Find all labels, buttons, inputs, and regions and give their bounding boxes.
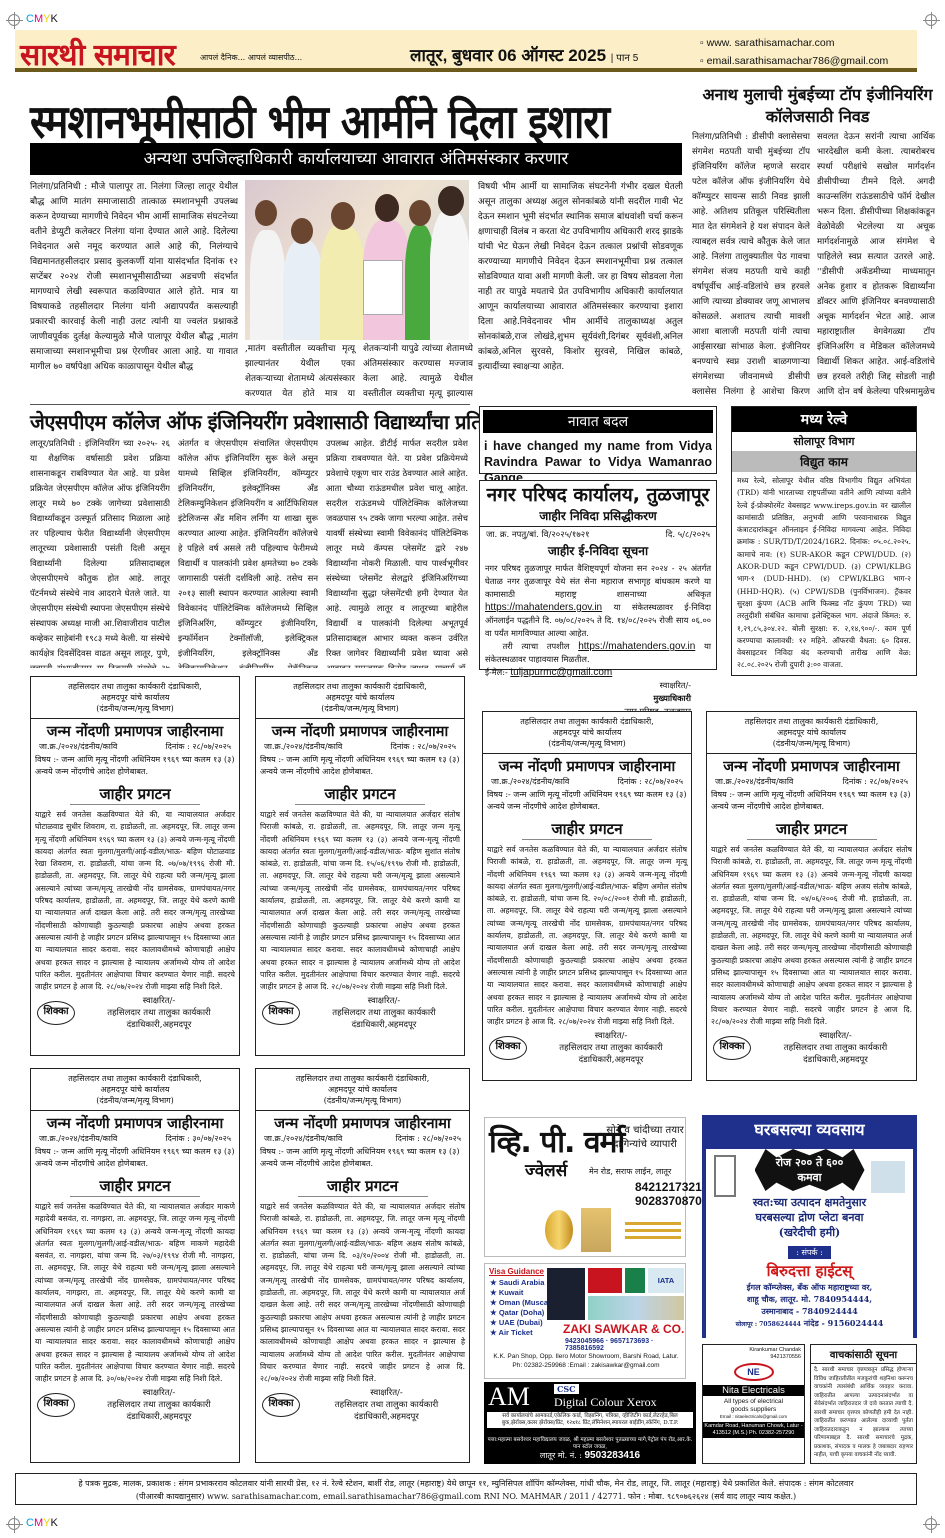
dateline: लातूर, बुधवार 06 ऑगस्ट 2025 | पान 5	[410, 43, 638, 66]
railway-tender: मध्य रेल्वे सोलापूर विभाग विद्युत काम मध…	[731, 406, 917, 676]
second-headline: जेएसपीएम कॉलेज ऑफ इंजिनियरींग प्रवेशासाठ…	[30, 408, 510, 435]
birth-notice: तहसिलदार तथा तालुका कार्यकारी दंडाधिकारी…	[255, 1068, 470, 1463]
seal-stamp: शिक्का	[262, 1393, 300, 1417]
seal-stamp: शिक्का	[37, 1001, 75, 1025]
lead-column-4: विषयी भीम आर्मी या सामाजिक संघटनेनी गंभी…	[478, 180, 683, 402]
publisher-imprint: हे पत्रक मुद्रक, मालक, प्रकाशक : संगम प्…	[15, 1473, 917, 1505]
birth-notice: तहसिलदार तथा तालुका कार्यकारी दंडाधिकारी…	[255, 676, 465, 1056]
birth-notice: तहसिलदार तथा तालुका कार्यकारी दंडाधिकारी…	[30, 676, 240, 1056]
lead-column-1: निलंगा/प्रतिनिधी : मौजे पालापूर ता. निलं…	[30, 180, 238, 400]
birth-notice: तहसिलदार तथा तालुका कार्यकारी दंडाधिकारी…	[706, 711, 917, 1081]
side-column-2: सवलत देऊन सरांनी त्याचा आर्थिक भारदेखील …	[817, 130, 935, 400]
registration-mark-icon	[8, 14, 20, 26]
iata-logo: IATA	[648, 1268, 684, 1293]
tender-email-link[interactable]: tuljapurmc@gmail.com	[510, 667, 612, 678]
bangles-image	[545, 1210, 573, 1250]
passport-image	[547, 1268, 585, 1320]
ad-vp-verma-jewellers[interactable]: व्हि. पी. वर्मा ज्वेलर्स सोने व चांदीच्य…	[484, 1117, 686, 1257]
side-column-1: निलंगा/प्रतिनिधी : डीसीपी क्लासेसचा संगम…	[692, 130, 810, 400]
birth-notice: तहसिलदार तथा तालुका कार्यकारी दंडाधिकारी…	[482, 711, 692, 1081]
hajj-image	[588, 1268, 622, 1293]
seal-stamp: शिक्का	[713, 1036, 751, 1060]
ad-am-digital-xerox[interactable]: AM CSC Digital Colour Xerox सर्व कार्याल…	[484, 1382, 696, 1464]
news-photo	[245, 180, 469, 340]
reader-notice: वाचकांसाठी सूचना दै. सारथी समाचार वृत्तप…	[810, 1344, 917, 1464]
tender-link[interactable]: https://mahatenders.gov.in	[578, 641, 695, 652]
notice-title: नावात बदल	[483, 410, 713, 433]
seal-stamp: शिक्का	[37, 1393, 75, 1417]
lead-column-2-3: ,मातंग वस्तीतील व्यक्तीचा मृत्यू झाल्यान…	[245, 342, 473, 402]
newspaper-brand: सारथी समाचार	[20, 33, 175, 74]
machine-image	[714, 1155, 736, 1197]
email-link[interactable]: email.sarathisamachar786@gmail.com	[707, 55, 889, 67]
masthead-contact: ▫ www. sarathisamachar.com ▫ email.sarat…	[700, 34, 888, 70]
side-headline: अनाथ मुलाची मुंबईच्या टॉप इंजीनियरिंग कॉ…	[700, 84, 935, 128]
lead-headline: स्मशानभूमीसाठी भीम आर्मीने दिला इशारा	[30, 88, 609, 151]
nita-logo: NE	[734, 1363, 774, 1381]
necklace-image	[581, 1208, 611, 1252]
tender-link[interactable]: https://mahatenders.gov.in	[485, 602, 602, 613]
brand-tagline: आपलं दैनिक... आपलं व्यासपीठ...	[200, 52, 302, 63]
ad-zaki-sawkar[interactable]: Visa Guidance ★ Saudi Arabia★ Kuwait★ Om…	[484, 1263, 686, 1379]
mail-icon: ▫	[700, 55, 707, 67]
chain-image	[625, 1222, 681, 1242]
cmyk-color-bar: CMYK	[26, 1517, 58, 1529]
plates-image	[871, 1161, 905, 1193]
name-change-notice: नावात बदल i have changed my name from Vi…	[479, 406, 717, 474]
registration-mark-icon	[925, 14, 937, 26]
page-number: पान 5	[616, 53, 638, 64]
second-column-2: अंतर्गत व जेएसपीएम संचालित जेएसपीएम कॉले…	[178, 436, 318, 668]
divider	[30, 404, 470, 405]
ad-gharbasalya-vyavsay[interactable]: घरबसल्या व्यवसाय रोज २०० ते ६०० कमवा स्व…	[702, 1115, 917, 1338]
tender-notice: नगर परिषद कार्यालय, तुळजापूर जाहीर निविद…	[479, 480, 717, 670]
second-column-1: लातूर/प्रतिनिधी : इंजिनियरिंग च्या २०२५-…	[30, 436, 170, 668]
globe-icon: ▫	[700, 37, 707, 49]
ad-nita-electricals[interactable]: Kirankumar Chandak9421370556 NE Nita Ele…	[702, 1344, 805, 1464]
cmyk-color-bar: CMYK	[26, 13, 58, 25]
lead-subhead: अन्यथा उपजिल्हाधिकारी कार्यालयाच्या आवार…	[30, 143, 682, 175]
second-column-3: उपलब्ध आहेत. डीटीई मार्फत सदरील प्रवेश प…	[326, 436, 468, 668]
burst-badge: रोज २०० ते ६०० कमवा	[755, 1149, 865, 1191]
website-link[interactable]: www. sarathisamachar.com	[707, 37, 835, 49]
registration-mark-icon	[925, 1518, 937, 1530]
birth-notice: तहसिलदार तथा तालुका कार्यकारी दंडाधिकारी…	[30, 1068, 240, 1463]
seal-stamp: शिक्का	[489, 1036, 527, 1060]
seal-stamp: शिक्का	[262, 1001, 300, 1025]
registration-mark-icon	[8, 1518, 20, 1530]
